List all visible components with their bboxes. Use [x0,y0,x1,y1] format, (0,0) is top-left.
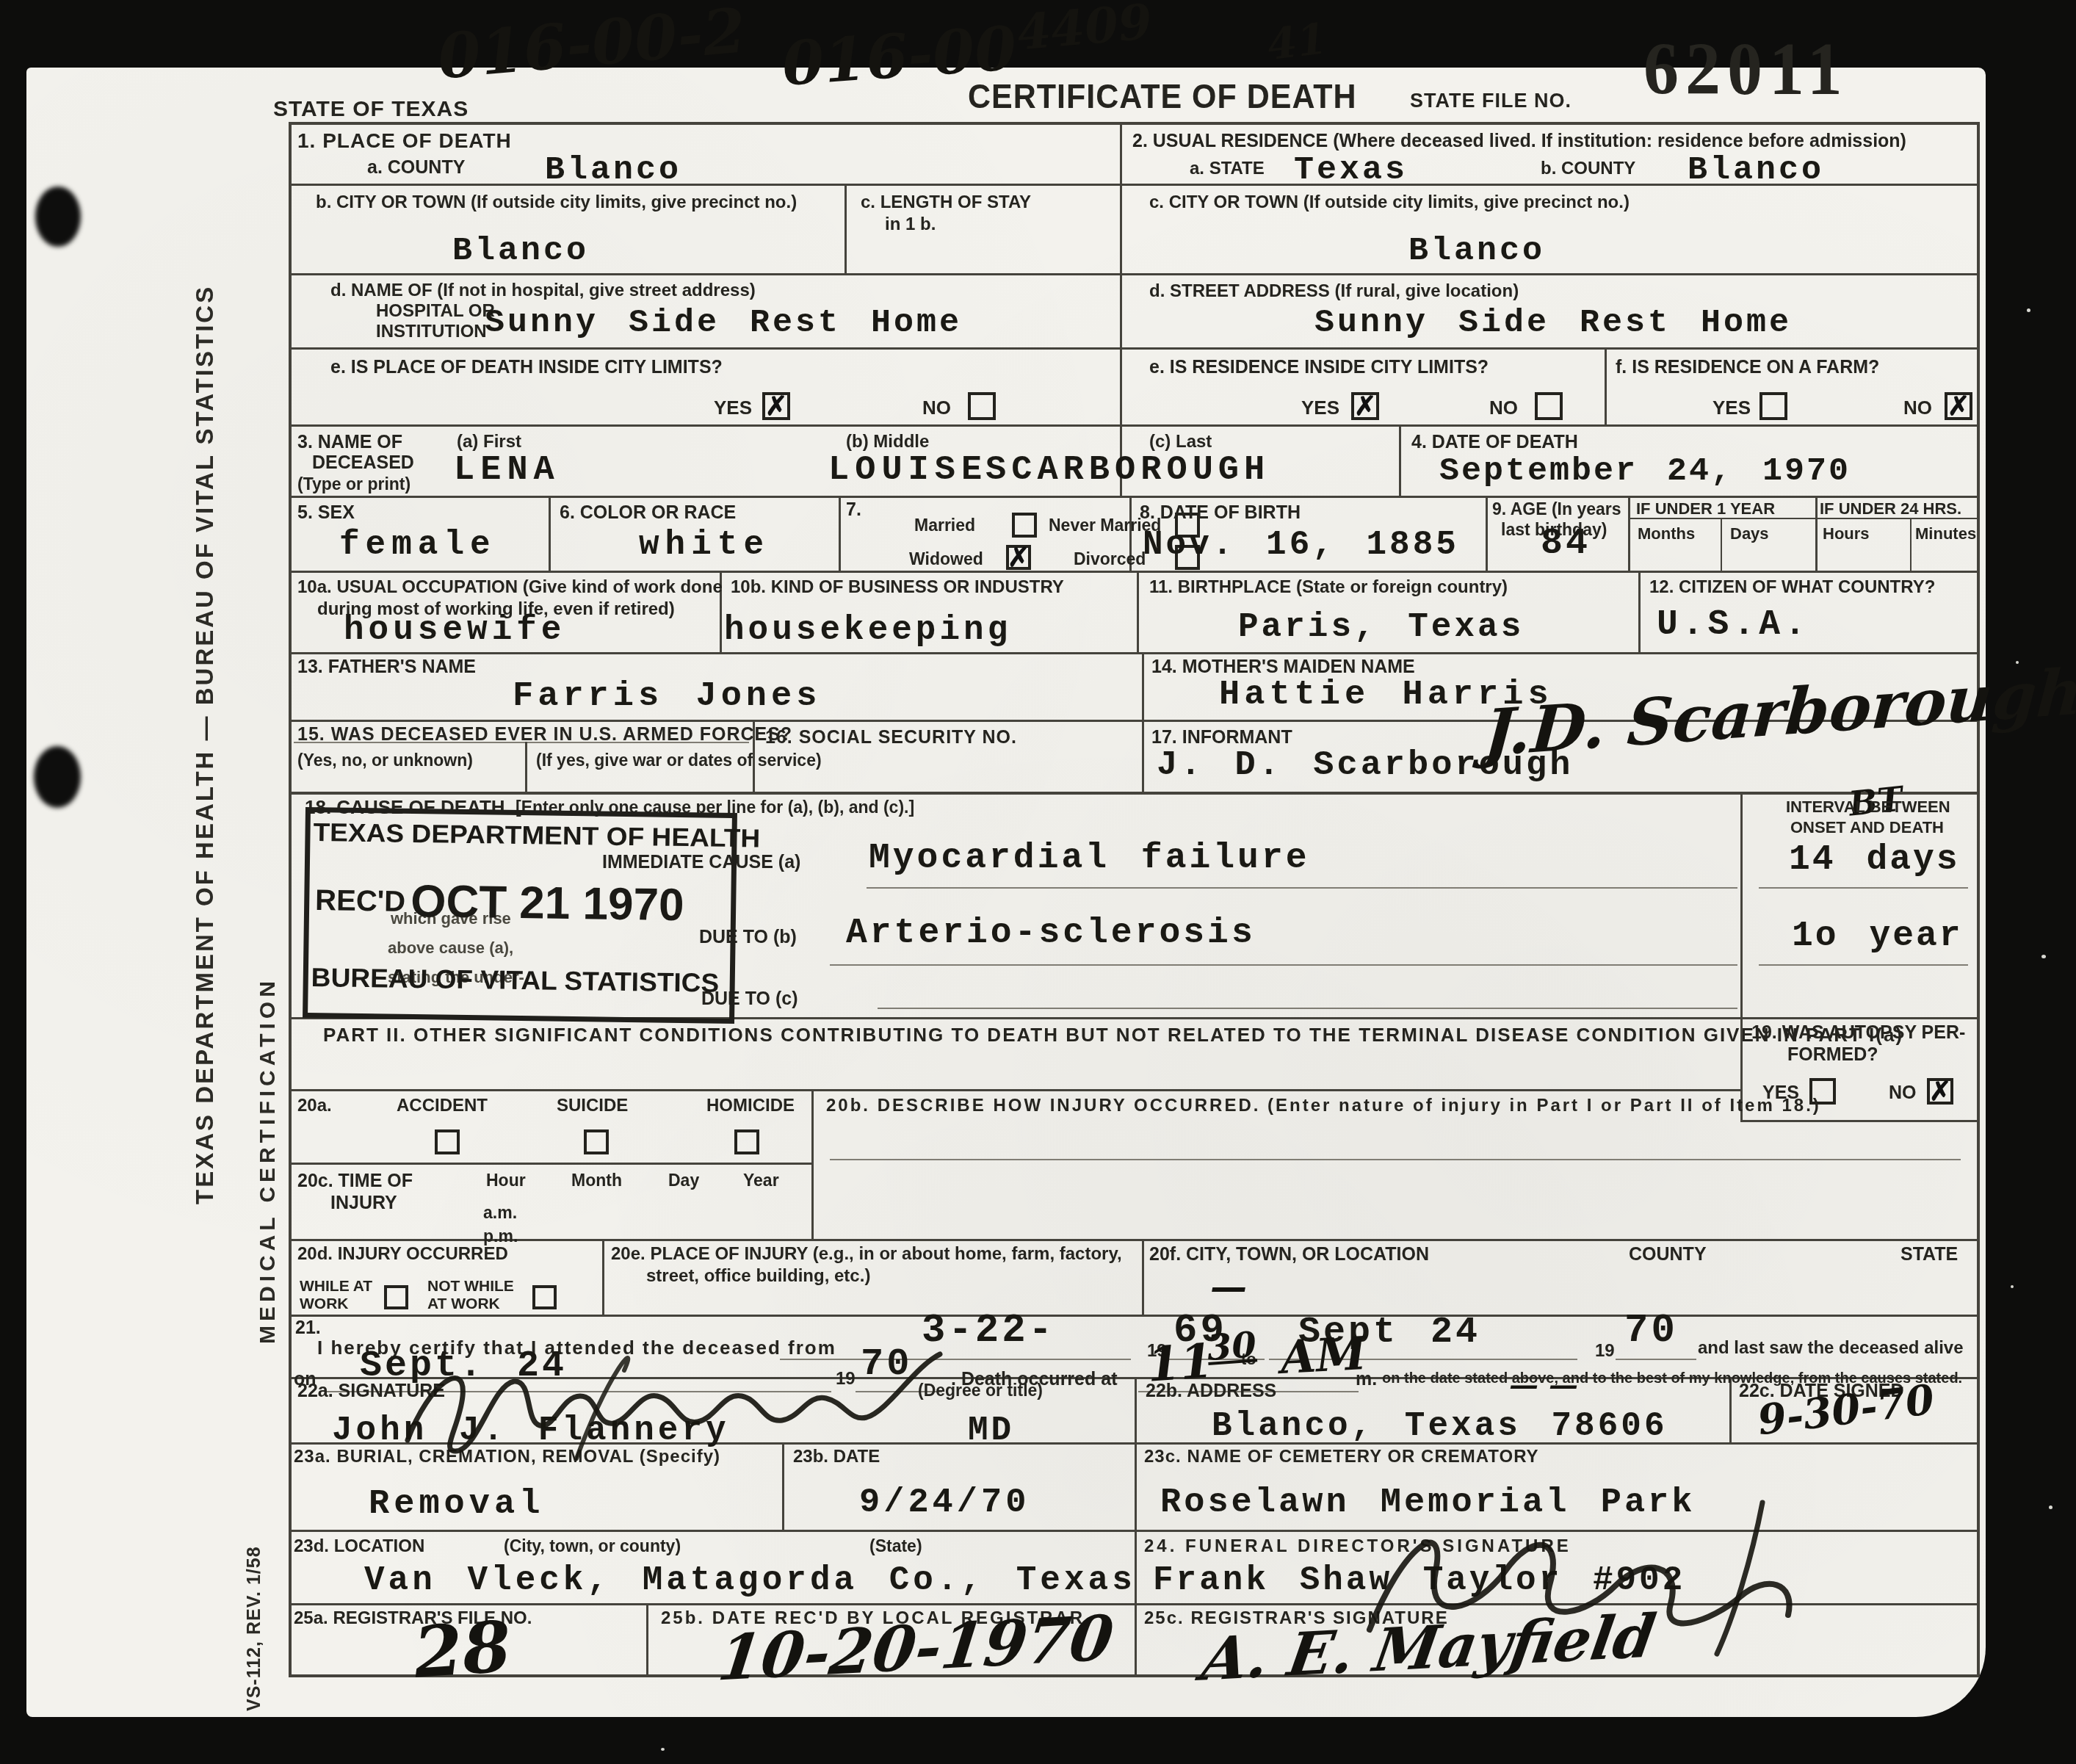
burial-location-value: Van Vleck, Matagorda Co., Texas [364,1561,1136,1599]
occupation-value: housewife [344,611,565,649]
checkbox-farm-yes [1759,392,1787,420]
homicide-label: HOMICIDE [706,1096,795,1116]
film-speck [2041,955,2046,958]
place-of-death-heading: 1. PLACE OF DEATH [297,129,512,153]
length-of-stay-label: c. LENGTH OF STAY [861,192,1031,213]
film-speck [2011,1285,2014,1288]
residence-state-label: a. STATE [1190,159,1265,179]
autopsy-no-label: NO [1889,1082,1917,1104]
checkbox-death-limits-no [968,392,996,420]
suicide-label: SUICIDE [557,1096,628,1116]
county-column-label: COUNTY [1629,1244,1707,1265]
death-time-minutes: 30 [1206,1324,1258,1369]
birthplace-value: Paris, Texas [1238,608,1524,646]
pm-label: p.m. [483,1226,518,1246]
item-20c-label1: 20c. TIME OF [297,1171,413,1192]
age-value: 84 [1541,523,1591,565]
minutes-label: Minutes [1915,524,1976,543]
location-dash-value: — [1210,1265,1247,1308]
deceased-label2: DECEASED [312,452,414,474]
age-label: 9. AGE (In years [1492,499,1621,519]
business-value: housekeeping [724,611,1011,649]
sex-label: 5. SEX [297,502,355,524]
film-speck [661,1748,665,1751]
date-of-birth-label: 8. DATE OF BIRTH [1140,502,1301,524]
form-number-text: VS-112, REV. 1/58 [244,1491,265,1711]
hours-label: Hours [1823,524,1870,543]
checkbox-residence-limits-no [1535,392,1563,420]
address-value: Blanco, Texas 78606 [1212,1407,1668,1445]
burial-location-sub1: (City, town, or county) [504,1536,681,1556]
father-name-label: 13. FATHER'S NAME [297,657,476,678]
interval-label2: ONSET AND DEATH [1790,818,1944,837]
residence-county-label: b. COUNTY [1541,159,1635,179]
address-label: 22b. ADDRESS [1146,1381,1276,1402]
days-label: Days [1730,524,1769,543]
widowed-label: Widowed [909,549,983,569]
business-label: 10b. KIND OF BUSINESS OR INDUSTRY [731,577,1064,598]
burial-value: Removal [369,1485,544,1524]
checkbox-farm-no: ✗ [1945,392,1972,420]
hospital-label: d. NAME OF (If not in hospital, give str… [330,281,756,301]
father-name-value: Farris Jones [513,677,821,716]
date-of-death-label: 4. DATE OF DEATH [1411,432,1578,453]
medical-certification-label: MEDICAL CERTIFICATION [256,823,281,1344]
handwritten-batch-2: 41 [1265,13,1329,70]
state-column-label: STATE [1900,1244,1958,1265]
county-label: a. COUNTY [367,157,465,178]
registrar-file-value: 28 [411,1606,514,1694]
punch-hole-bottom [34,746,81,808]
death-time-ampm: AM [1279,1326,1367,1384]
certify-tail1: and last saw the deceased alive [1698,1338,1964,1359]
immediate-cause-value: Myocardial failure [869,839,1309,878]
if-under-24-hrs-label: IF UNDER 24 HRS. [1820,499,1961,518]
not-while-at-work-label2: AT WORK [427,1295,500,1313]
middle-name-value: LOUISE [828,451,988,490]
citizen-label: 12. CITIZEN OF WHAT COUNTRY? [1649,577,1935,598]
residence-farm-label: f. IS RESIDENCE ON A FARM? [1616,357,1879,378]
length-of-stay-sub: in 1 b. [885,214,936,235]
item-20a-label: 20a. [297,1096,332,1116]
item-20d-label: 20d. INJURY OCCURRED [297,1244,508,1265]
married-label: Married [914,516,975,535]
certificate-title: CERTIFICATE OF DEATH [968,78,1357,117]
checkbox-not-while-at-work [532,1285,557,1309]
checkbox-homicide [734,1129,759,1154]
first-name-value: LENA [454,451,560,490]
left-margin-agency-text: TEXAS DEPARTMENT OF HEALTH — BUREAU OF V… [191,264,219,1204]
handwritten-dashes: — — [1509,1367,1578,1402]
interval-b-value: 1o year [1792,917,1963,956]
date-of-birth-value: Nov. 16, 1885 [1143,526,1459,564]
marital-label: 7. [846,499,861,521]
stamp-line1: TEXAS DEPARTMENT OF HEALTH [313,818,760,853]
residence-limits-label: e. IS RESIDENCE INSIDE CITY LIMITS? [1149,357,1489,378]
street-address-value: Sunny Side Rest Home [1314,304,1792,341]
color-race-label: 6. COLOR OR RACE [560,502,736,524]
sex-value: female [339,526,496,564]
cemetery-label: 23c. NAME OF CEMETERY OR CREMATORY [1144,1447,1539,1467]
burial-location-sub2: (State) [869,1536,922,1556]
stamp-line2: BUREAU OF VITAL STATISTICS [311,962,719,999]
city-label: b. CITY OR TOWN (If outside city limits,… [316,192,797,213]
residence-county-value: Blanco [1688,151,1824,189]
residence-city-label: c. CITY OR TOWN (If outside city limits,… [1149,192,1630,213]
physician-signature-scrawl [397,1341,955,1466]
ssn-label: 16. SOCIAL SECURITY NO. [765,727,1017,748]
handwritten-batch-1: 4409 [1015,0,1154,62]
type-or-print-label: (Type or print) [297,474,411,494]
checkbox-death-limits-yes: ✗ [762,392,790,420]
death-limits-yes-label: YES [714,397,752,419]
citizen-value: U.S.A. [1657,605,1810,645]
checkbox-accident [435,1129,460,1154]
street-address-label: d. STREET ADDRESS (If rural, give locati… [1149,281,1519,302]
last-name-label: (c) Last [1149,432,1212,452]
date-of-death-value: September 24, 1970 [1439,452,1851,490]
interval-label1: INTERVAL BETWEEN [1786,798,1950,817]
state-of-texas-label: STATE OF TEXAS [273,97,469,122]
hospital-value: Sunny Side Rest Home [485,304,962,341]
middle-name-label: (b) Middle [846,432,929,452]
item-20e-label1: 20e. PLACE OF INJURY (e.g., in or about … [611,1244,1122,1265]
stamp-date: OCT 21 1970 [411,875,684,931]
stamp-recd: REC'D [315,884,405,919]
residence-limits-yes-label: YES [1301,397,1339,419]
checkbox-residence-limits-yes: ✗ [1351,392,1379,420]
months-label: Months [1638,524,1695,543]
checkbox-widowed: ✗ [1006,545,1031,570]
armed-forces-sub2: (If yes, give war or dates of service) [536,751,822,770]
state-file-no-label: STATE FILE NO. [1410,90,1572,112]
day-label: Day [668,1171,699,1190]
death-limits-no-label: NO [922,397,951,419]
burial-location-label: 23d. LOCATION [294,1536,424,1557]
armed-forces-label: 15. WAS DECEASED EVER IN U.S. ARMED FORC… [297,724,792,745]
film-speck [2027,308,2030,312]
if-under-1-year-label: IF UNDER 1 YEAR [1636,499,1775,518]
punch-hole-top [35,187,81,247]
while-at-work-label2: WORK [300,1295,349,1313]
year-19-b: 19 [1595,1341,1615,1362]
residence-city-value: Blanco [1408,232,1545,270]
occupation-label: 10a. USUAL OCCUPATION (Give kind of work… [297,577,723,598]
usual-residence-heading: 2. USUAL RESIDENCE (Where deceased lived… [1132,131,1906,152]
item-20f-label: 20f. CITY, TOWN, OR LOCATION [1149,1244,1429,1265]
burial-date-value: 9/24/70 [859,1483,1030,1522]
year-label: Year [743,1171,779,1190]
not-while-at-work-label1: NOT WHILE [427,1278,514,1295]
name-of-deceased-label: 3. NAME OF [297,432,402,453]
checkbox-autopsy-no: ✗ [1927,1078,1953,1105]
city-value: Blanco [452,232,589,270]
item-21-number: 21. [295,1317,321,1339]
county-value: Blanco [545,151,681,189]
interval-a-value: 14 days [1789,840,1960,880]
hospital-label2: HOSPITAL OR [376,301,495,322]
residence-limits-no-label: NO [1489,397,1518,419]
armed-forces-sub1: (Yes, no, or unknown) [297,751,473,770]
autopsy-label2: FORMED? [1787,1044,1878,1066]
checkbox-suicide [584,1129,609,1154]
attended-to-year: 70 [1624,1309,1678,1353]
degree-value: MD [968,1411,1014,1450]
color-race-value: white [639,526,770,564]
month-label: Month [571,1171,622,1190]
accident-label: ACCIDENT [397,1096,488,1116]
last-name-value: SCARBOROUGH [985,451,1270,490]
farm-no-label: NO [1903,397,1932,419]
informant-label: 17. INFORMANT [1151,727,1292,748]
film-speck [2049,1505,2053,1509]
due-to-b-value: Arterio-sclerosis [846,914,1256,953]
item-20b-label: 20b. DESCRIBE HOW INJURY OCCURRED. (Ente… [826,1096,1821,1116]
item-20e-label2: street, office building, etc.) [646,1266,870,1287]
residence-state-value: Texas [1294,151,1408,189]
hour-label: Hour [486,1171,526,1190]
farm-yes-label: YES [1712,397,1751,419]
while-at-work-label1: WHILE AT [300,1278,372,1295]
am-label: a.m. [483,1203,517,1223]
birthplace-label: 11. BIRTHPLACE (State or foreign country… [1149,577,1508,598]
checkbox-while-at-work [384,1285,408,1309]
first-name-label: (a) First [457,432,521,452]
death-city-limits-label: e. IS PLACE OF DEATH INSIDE CITY LIMITS? [330,357,723,378]
autopsy-label1: 19. WAS AUTOPSY PER- [1751,1022,1965,1044]
m-label: m. [1356,1369,1377,1390]
state-file-number: 62011 [1643,26,1849,112]
mother-name-label: 14. MOTHER'S MAIDEN NAME [1151,657,1415,678]
item-20c-label2: INJURY [330,1193,397,1214]
checkbox-married [1012,513,1037,538]
funeral-director-signature-scrawl [1351,1494,1836,1663]
received-stamp: TEXAS DEPARTMENT OF HEALTH REC'D OCT 21 … [303,807,737,1024]
divorced-label: Divorced [1074,549,1146,569]
hospital-label3: INSTITUTION [376,322,487,342]
part2-text: PART II. OTHER SIGNIFICANT CONDITIONS CO… [323,1024,1903,1047]
